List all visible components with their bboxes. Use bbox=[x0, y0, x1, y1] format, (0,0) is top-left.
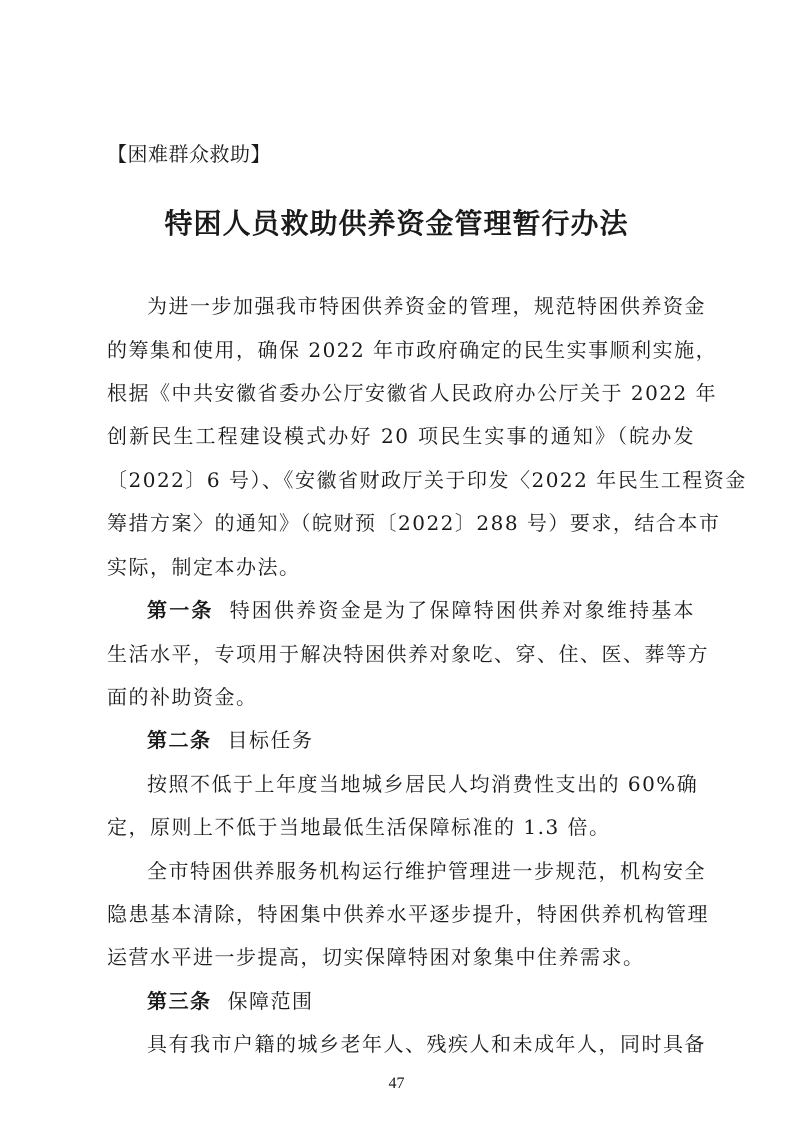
page-number: 47 bbox=[0, 1075, 793, 1093]
article-text: 特困供养资金是为了保障特困供养对象维持基本 bbox=[230, 598, 695, 622]
section-tag: 【困难群众救助】 bbox=[107, 138, 271, 167]
text-line: 实际，制定本办法。 bbox=[107, 551, 695, 580]
article-heading: 第三条 bbox=[147, 989, 212, 1013]
text-line: 运营水平进一步提高，切实保障特困对象集中住养需求。 bbox=[107, 941, 695, 970]
text-line: 根据《中共安徽省委办公厅安徽省人民政府办公厅关于 2022 年 bbox=[107, 377, 695, 406]
article-heading-line: 第二条目标任务 bbox=[147, 724, 695, 753]
text-line: 生活水平，专项用于解决特困供养对象吃、穿、住、医、葬等方 bbox=[107, 638, 695, 667]
text-line: 第一条特困供养资金是为了保障特困供养对象维持基本 bbox=[147, 594, 695, 623]
article-subtitle: 目标任务 bbox=[228, 728, 314, 752]
text-line: 的筹集和使用，确保 2022 年市政府确定的民生实事顺利实施， bbox=[107, 334, 695, 363]
text-line: 筹措方案〉的通知》（皖财预〔2022〕288 号）要求，结合本市 bbox=[107, 507, 695, 536]
article-heading: 第二条 bbox=[147, 728, 212, 752]
text-line: 隐患基本清除，特困集中供养水平逐步提升，特困供养机构管理 bbox=[107, 898, 695, 927]
text-line: 具有我市户籍的城乡老年人、残疾人和未成年人，同时具备 bbox=[147, 1028, 695, 1057]
text-line: 为进一步加强我市特困供养资金的管理，规范特困供养资金 bbox=[147, 290, 695, 319]
text-line: 面的补助资金。 bbox=[107, 681, 695, 710]
document-title: 特困人员救助供养资金管理暂行办法 bbox=[0, 202, 793, 242]
text-line: 创新民生工程建设模式办好 20 项民生实事的通知》（皖办发 bbox=[107, 420, 695, 449]
article-heading: 第一条 bbox=[147, 598, 214, 622]
article-heading-line: 第三条保障范围 bbox=[147, 985, 695, 1014]
text-line: 〔2022〕6 号）、《安徽省财政厅关于印发〈2022 年民生工程资金 bbox=[107, 464, 695, 493]
text-line: 定，原则上不低于当地最低生活保障标准的 1.3 倍。 bbox=[107, 811, 695, 840]
article-subtitle: 保障范围 bbox=[228, 989, 314, 1013]
text-line: 按照不低于上年度当地城乡居民人均消费性支出的 60%确 bbox=[147, 768, 695, 797]
text-line: 全市特困供养服务机构运行维护管理进一步规范，机构安全 bbox=[147, 855, 695, 884]
